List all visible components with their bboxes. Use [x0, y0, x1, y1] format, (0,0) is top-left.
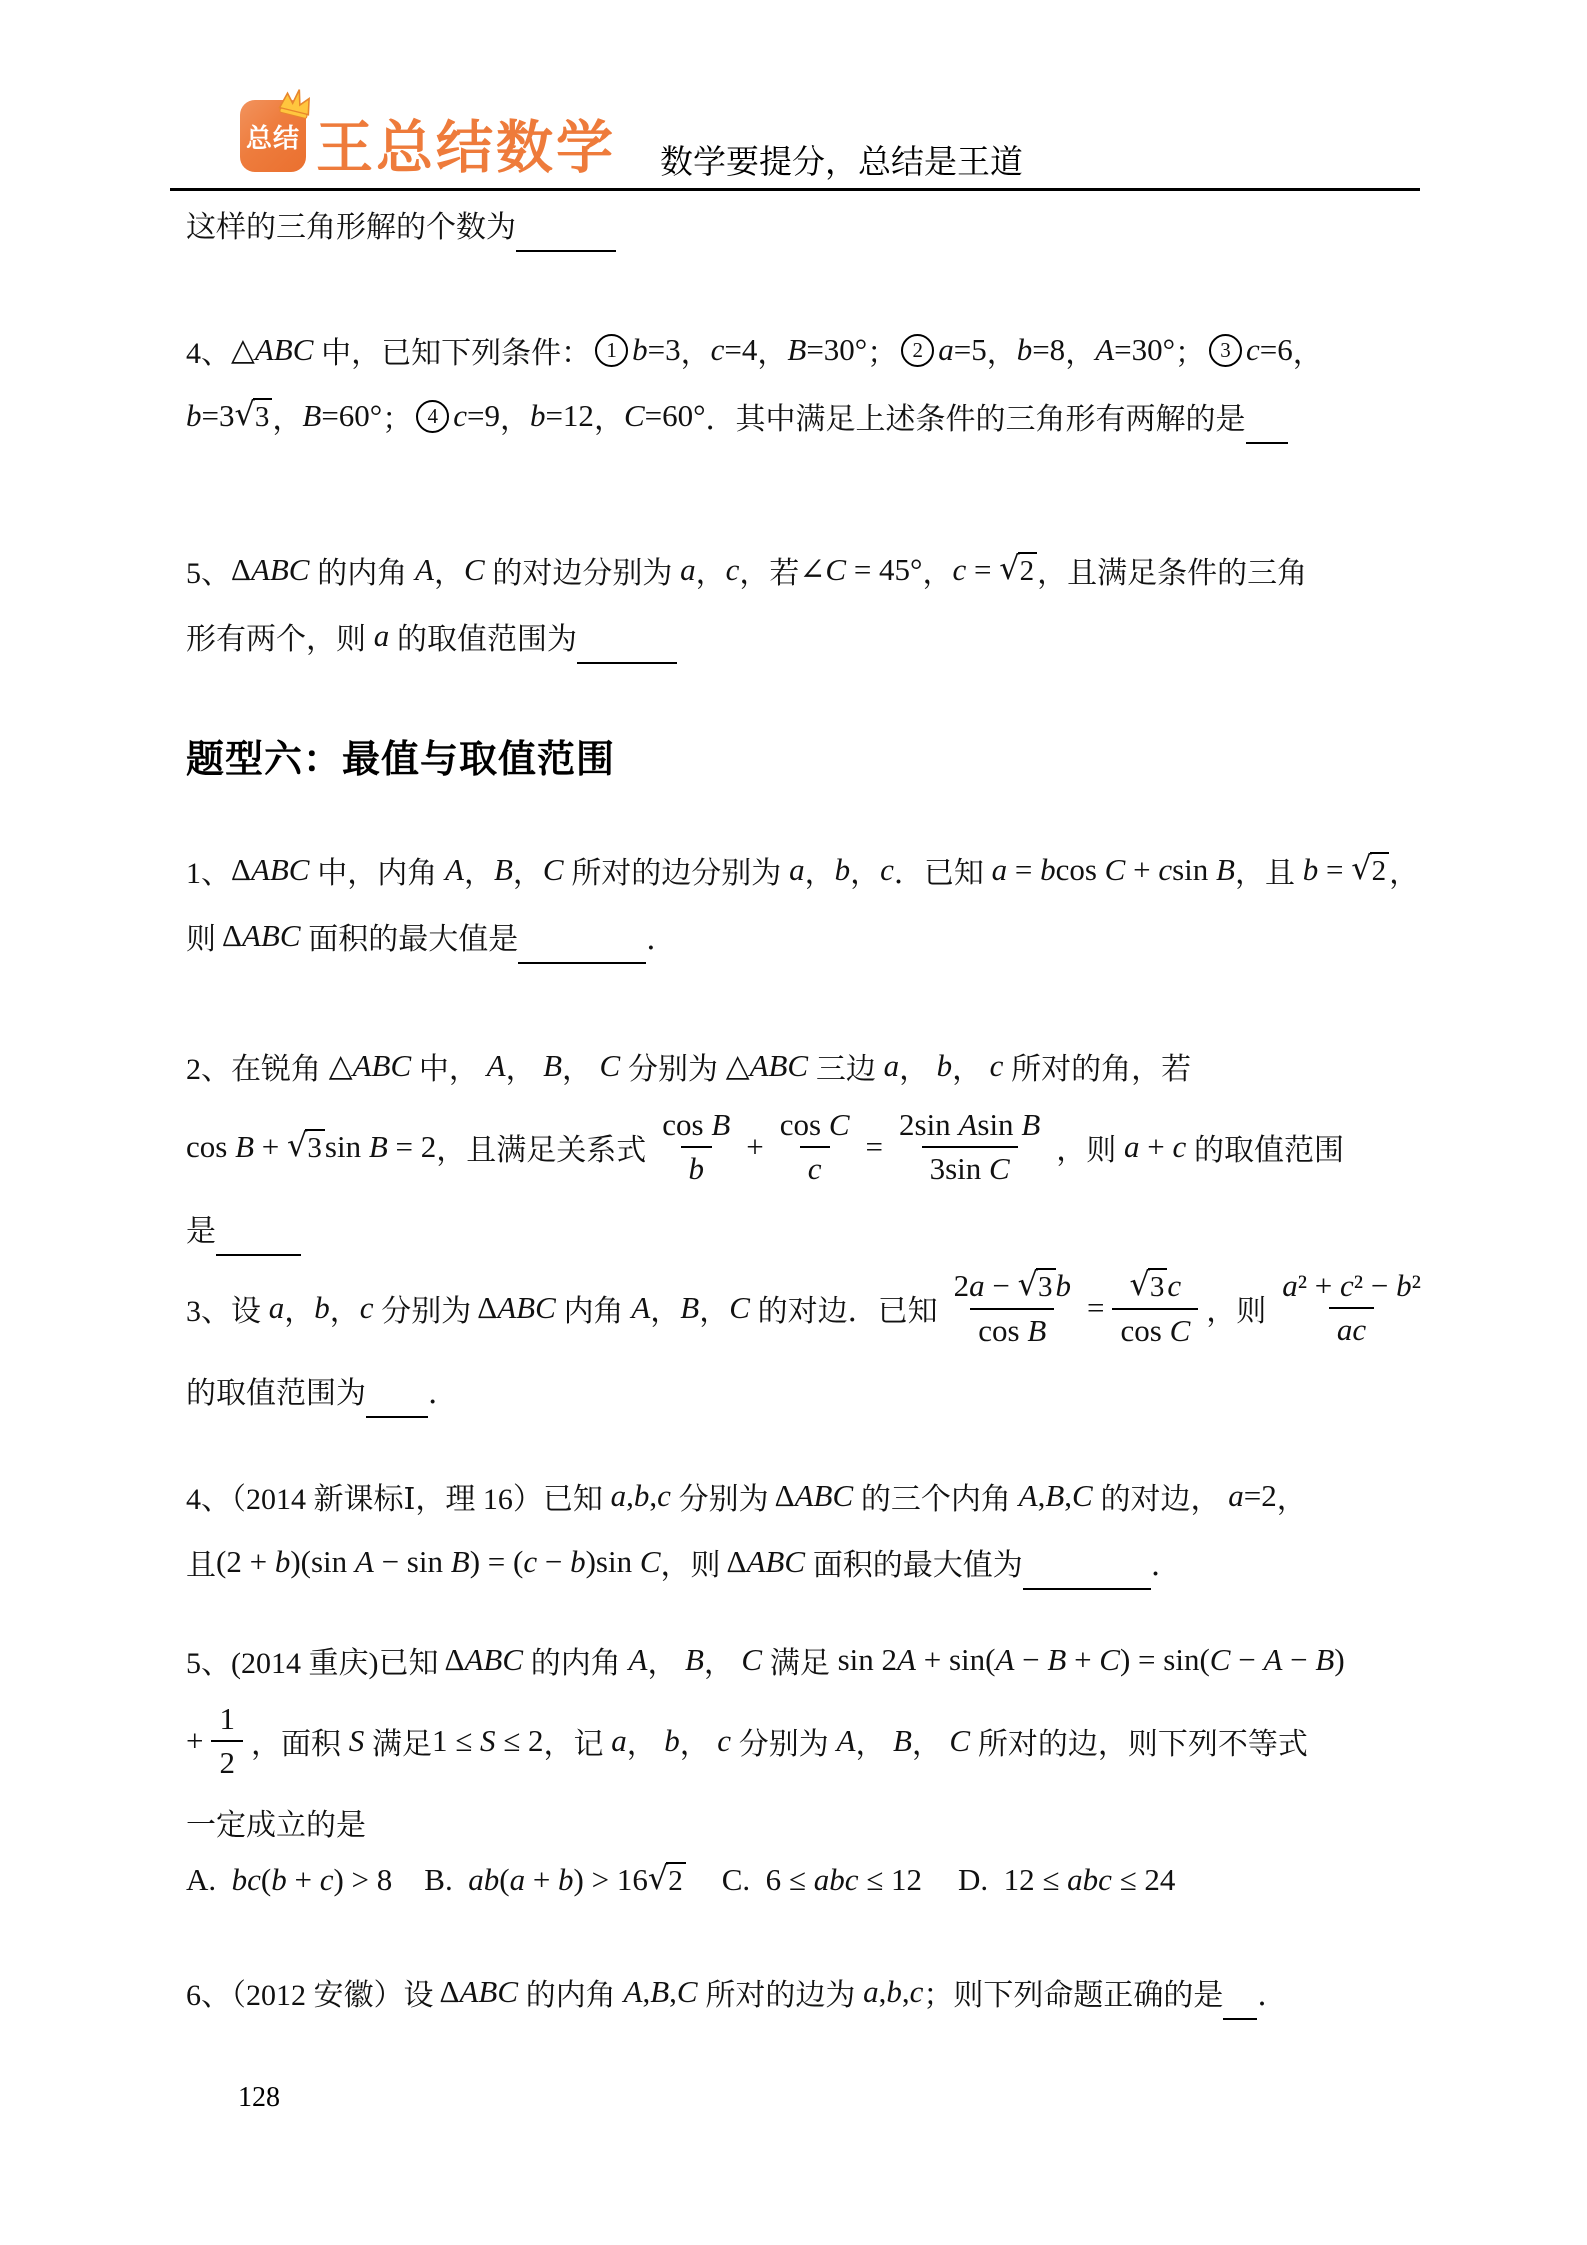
- text-line: A. bc(b + c) > 8B. ab(a + b) > 16√2C. 6 …: [186, 1856, 1456, 1904]
- section6-problem-5: 5、(2014 重庆)已知 ΔABC 的内角 A， B， C 满足 sin 2A…: [186, 1636, 1456, 1864]
- text-run: 的三个内角: [861, 1474, 1011, 1518]
- math-run: C: [543, 852, 571, 888]
- text-run: 的取值范围: [1194, 1125, 1344, 1169]
- text-run: ，: [650, 1286, 680, 1330]
- fraction: cos Cc: [772, 1108, 858, 1186]
- text-run: ，则: [661, 1540, 721, 1584]
- circled-number: 1: [595, 334, 628, 367]
- text-run: ，: [952, 1044, 990, 1088]
- math-run: 2: [219, 1746, 235, 1780]
- text-line: 则 ΔABC 面积的最大值是．: [186, 912, 1456, 960]
- math-run: a: [604, 1723, 627, 1759]
- text-run: ，且: [1235, 848, 1295, 892]
- math-run: B. ab(a + b) > 16: [424, 1862, 648, 1898]
- radical-sign: √: [1351, 852, 1371, 886]
- text-run: ，: [647, 1638, 685, 1682]
- sqrt-expression: √3: [287, 1129, 325, 1165]
- fraction: 12: [211, 1702, 243, 1780]
- header-divider: [170, 188, 1420, 191]
- section6-problem-3: 3、设 a，b，c 分别为 ΔABC 内角 A，B，C 的对边．已知2a − √…: [186, 1268, 1456, 1432]
- sqrt-expression: √3: [1018, 1268, 1056, 1304]
- text-run: ．: [1151, 1540, 1181, 1584]
- fraction: 2sin Asin B3sin C: [891, 1108, 1048, 1186]
- math-run: a² + c² − b²: [1282, 1269, 1421, 1303]
- text-run: ，: [757, 328, 787, 372]
- math-run: B: [543, 1048, 562, 1084]
- math-run: 1: [219, 1702, 235, 1736]
- text-run: 的内角: [531, 1638, 621, 1682]
- radical-sign: √: [648, 1862, 668, 1896]
- text-run: ，面积: [251, 1719, 341, 1763]
- answer-blank: [366, 1380, 428, 1418]
- math-run: ΔABC: [721, 1544, 813, 1580]
- math-run: △ABC: [321, 1048, 419, 1084]
- math-run: A,B,C: [1011, 1478, 1101, 1514]
- math-run: c=4: [711, 332, 758, 368]
- brand-logo-text: 总结: [246, 118, 300, 155]
- text-run: 所对的边分别为: [571, 848, 781, 892]
- circled-number: 3: [1209, 334, 1242, 367]
- problem-4-text: 4、△ABC 中，已知下列条件：1b=3，c=4，B=30°；2a=5，b=8，…: [186, 326, 1456, 458]
- math-run: cos B: [978, 1314, 1046, 1348]
- text-run: ，: [434, 548, 464, 592]
- answer-blank: [1223, 1982, 1257, 2020]
- text-run: 分别为: [679, 1474, 769, 1518]
- text-line: cos B + √3sin B = 2，且满足关系式cos Bb+cos Cc=…: [186, 1108, 1456, 1186]
- math-run: S: [341, 1723, 372, 1759]
- text-run: ，: [1293, 328, 1323, 372]
- sqrt-expression: √2: [1351, 852, 1389, 888]
- math-run: ΔABC: [471, 1290, 563, 1326]
- section6-problem-2: 2、在锐角 △ABC 中， A， B， C 分别为 △ABC 三边 a， b， …: [186, 1042, 1456, 1270]
- text-run: ，: [912, 1719, 950, 1763]
- math-run: D. 12 ≤ abc ≤ 24: [958, 1862, 1175, 1898]
- text-run: ．其中满足上述条件的三角形有两解的是: [706, 394, 1246, 438]
- text-line: 5、ΔABC 的内角 A，C 的对边分别为 a，c，若∠C = 45°，c = …: [186, 546, 1456, 594]
- math-run: c: [360, 1290, 382, 1326]
- math-run: C: [729, 1290, 757, 1326]
- section6-problem-4: 4、（2014 新课标Ⅰ，理 16）已知 a,b,c 分别为 ΔABC 的三个内…: [186, 1472, 1456, 1604]
- text-run: ，: [506, 1044, 544, 1088]
- math-run: a=5: [938, 332, 986, 368]
- math-run: A=30°: [1095, 332, 1175, 368]
- math-run: +: [186, 1723, 203, 1759]
- math-run: a,b,c: [603, 1478, 679, 1514]
- text-run: 所对的角，若: [1011, 1044, 1191, 1088]
- radical-sign: √: [1130, 1268, 1150, 1302]
- answer-blank: [1246, 406, 1288, 444]
- text-run: 中，内角: [317, 848, 437, 892]
- text-run: ，记: [544, 1719, 604, 1763]
- math-run: (2 + b)(sin A − sin B) = (c − b)sin C: [216, 1544, 661, 1580]
- math-run: 2a −: [954, 1269, 1018, 1303]
- text-run: ，: [1277, 1474, 1307, 1518]
- text-run: ；则下列命题正确的是: [923, 1970, 1223, 2014]
- text-line: 且(2 + b)(sin A − sin B) = (c − b)sin C，则…: [186, 1538, 1456, 1586]
- math-run: c=6: [1246, 332, 1293, 368]
- section-heading: 题型六：最值与取值范围: [186, 728, 615, 783]
- math-run: A. bc(b + c) > 8: [186, 1862, 392, 1898]
- text-run: 分别为: [381, 1286, 471, 1330]
- slogan: 数学要提分，总结是王道: [660, 136, 1023, 183]
- sqrt-expression: √2: [999, 552, 1037, 588]
- text-run: 这样的三角形解的个数为: [186, 202, 516, 246]
- answer-blank: [216, 1218, 301, 1256]
- math-run: ΔABC: [769, 1478, 861, 1514]
- text-run: ．: [646, 914, 676, 958]
- math-run: ΔABC: [216, 918, 308, 954]
- math-run: b=3: [186, 398, 234, 434]
- text-run: ．: [1257, 1970, 1287, 2014]
- text-run: 的内角: [317, 548, 407, 592]
- text-run: ，: [562, 1044, 600, 1088]
- text-run: 所对的边为: [705, 1970, 855, 2014]
- math-run: A: [624, 1290, 651, 1326]
- text-line: 的取值范围为．: [186, 1366, 1456, 1414]
- math-run: cos B +: [186, 1129, 287, 1165]
- fraction: cos Bb: [654, 1108, 738, 1186]
- text-run: 形有两个，则: [186, 614, 366, 658]
- text-run: ，: [681, 328, 711, 372]
- circled-number: 2: [901, 334, 934, 367]
- sqrt-expression: √3: [1130, 1268, 1168, 1304]
- math-run: c =: [952, 552, 999, 588]
- text-run: ，且满足条件的三角: [1037, 548, 1307, 592]
- math-run: b: [937, 1048, 953, 1084]
- math-run: cos B: [662, 1108, 730, 1142]
- sqrt-expression: √2: [648, 1862, 686, 1898]
- text-run: ，: [680, 1719, 718, 1763]
- math-run: 3sin C: [930, 1152, 1010, 1186]
- math-run: a: [366, 618, 397, 654]
- math-run: A: [829, 1723, 856, 1759]
- text-run: ．已知: [894, 848, 984, 892]
- text-line: 5、(2014 重庆)已知 ΔABC 的内角 A， B， C 满足 sin 2A…: [186, 1636, 1456, 1684]
- text-line: 4、△ABC 中，已知下列条件：1b=3，c=4，B=30°；2a=5，b=8，…: [186, 326, 1456, 374]
- problem-5-text: 5、ΔABC 的内角 A，C 的对边分别为 a，c，若∠C = 45°，c = …: [186, 546, 1456, 678]
- math-run: b: [314, 1290, 330, 1326]
- text-run: 面积的最大值为: [813, 1540, 1023, 1584]
- text-run: 分别为: [739, 1719, 829, 1763]
- paragraph-intro: 这样的三角形解的个数为: [186, 200, 1456, 266]
- math-run: a,b,c: [855, 1974, 923, 2010]
- math-run: C: [949, 1723, 977, 1759]
- math-run: A: [437, 852, 464, 888]
- text-run: ，: [855, 1719, 893, 1763]
- text-run: 内角: [564, 1286, 624, 1330]
- math-run: cos C: [780, 1108, 850, 1142]
- text-run: 满足: [770, 1638, 830, 1682]
- text-run: ，则: [1056, 1125, 1116, 1169]
- text-run: ；: [867, 328, 897, 372]
- radical-sign: √: [234, 398, 254, 432]
- math-run: C: [741, 1642, 769, 1678]
- math-run: b=3: [632, 332, 680, 368]
- math-run: a: [261, 1290, 284, 1326]
- text-run: 三边: [816, 1044, 876, 1088]
- document-page: 总结 王总结数学 数学要提分，总结是王道 这样的三角形解的个数为 4、△ABC …: [0, 0, 1587, 2245]
- text-run: ，: [500, 394, 530, 438]
- text-run: ，: [627, 1719, 665, 1763]
- text-run: ，: [850, 848, 880, 892]
- math-run: B: [494, 852, 513, 888]
- math-run: =: [1087, 1290, 1104, 1326]
- math-run: c: [1167, 1269, 1181, 1303]
- section6-problem-1: 1、ΔABC 中，内角 A，B，C 所对的边分别为 a，b，c．已知 a = b…: [186, 846, 1456, 978]
- math-run: cos C: [1120, 1314, 1190, 1348]
- circled-number: 4: [416, 400, 449, 433]
- sqrt-expression: √3: [234, 398, 272, 434]
- text-run: ，: [696, 548, 726, 592]
- text-run: 是: [186, 1206, 216, 1250]
- math-run: A,B,C: [616, 1974, 706, 2010]
- text-run: ．: [428, 1368, 458, 1412]
- text-run: ，: [699, 1286, 729, 1330]
- text-line: 1、ΔABC 中，内角 A，B，C 所对的边分别为 a，b，c．已知 a = b…: [186, 846, 1456, 894]
- answer-blank: [516, 214, 616, 252]
- math-run: a: [672, 552, 695, 588]
- math-run: ΔABC: [231, 552, 317, 588]
- text-run: 5、: [186, 548, 231, 592]
- text-run: 1、: [186, 848, 231, 892]
- text-run: 4、: [186, 328, 231, 372]
- math-run: B: [685, 1642, 704, 1678]
- text-run: ，: [272, 394, 302, 438]
- text-run: ，: [899, 1044, 937, 1088]
- problem-5-choices: A. bc(b + c) > 8B. ab(a + b) > 16√2C. 6 …: [186, 1856, 1456, 1922]
- math-run: sin 2A + sin(A − B + C) = sin(C − A − B): [830, 1642, 1345, 1678]
- math-run: △ABC: [231, 332, 321, 368]
- fraction: a² + c² − b²ac: [1274, 1269, 1429, 1347]
- text-run: 且: [186, 1540, 216, 1584]
- math-run: C: [464, 552, 492, 588]
- math-run: ac: [1337, 1313, 1366, 1347]
- math-run: a: [876, 1048, 899, 1084]
- text-run: 的取值范围为: [397, 614, 577, 658]
- text-run: ，则: [1206, 1286, 1266, 1330]
- text-run: 的内角: [526, 1970, 616, 2014]
- math-run: 1 ≤ S ≤ 2: [432, 1723, 544, 1759]
- text-run: 满足: [372, 1719, 432, 1763]
- math-run: c: [726, 552, 740, 588]
- math-run: c: [880, 852, 894, 888]
- brand-title: 王总结数学: [316, 102, 616, 184]
- text-run: ，: [513, 848, 543, 892]
- text-line: 3、设 a，b，c 分别为 ΔABC 内角 A，B，C 的对边．已知2a − √…: [186, 1268, 1456, 1348]
- text-line: 是: [186, 1204, 1456, 1252]
- text-run: 的对边，: [1100, 1474, 1220, 1518]
- math-run: b=8: [1017, 332, 1065, 368]
- text-run: ，: [922, 548, 952, 592]
- text-run: ；: [1175, 328, 1205, 372]
- text-run: ，且满足关系式: [436, 1125, 646, 1169]
- math-run: a = bcos C + csin B: [984, 852, 1235, 888]
- text-run: 的对边．已知: [758, 1286, 938, 1330]
- math-run: b: [664, 1723, 680, 1759]
- text-run: ，: [987, 328, 1017, 372]
- text-run: ，: [1065, 328, 1095, 372]
- math-run: c: [808, 1152, 822, 1186]
- text-line: 一定成立的是: [186, 1798, 1456, 1846]
- text-run: ，: [284, 1286, 314, 1330]
- math-run: A: [407, 552, 434, 588]
- math-run: a + c: [1116, 1129, 1194, 1165]
- text-run: ，若: [739, 548, 799, 592]
- math-run: A: [621, 1642, 648, 1678]
- text-run: ，: [330, 1286, 360, 1330]
- math-run: b=12: [530, 398, 594, 434]
- text-run: 5、(2014 重庆)已知: [186, 1638, 438, 1682]
- text-run: 3、设: [186, 1286, 261, 1330]
- text-run: 中，已知下列条件：: [321, 328, 591, 372]
- text-run: ；: [382, 394, 412, 438]
- math-run: c=9: [453, 398, 500, 434]
- answer-blank: [1023, 1552, 1151, 1590]
- text-run: 4、（2014 新课标Ⅰ，理 16）已知: [186, 1474, 603, 1518]
- math-run: b: [689, 1152, 705, 1186]
- math-run: B=60°: [302, 398, 382, 434]
- text-run: 一定成立的是: [186, 1800, 366, 1844]
- fraction: √3ccos C: [1112, 1268, 1198, 1348]
- answer-blank: [518, 926, 646, 964]
- text-run: 2、在锐角: [186, 1044, 321, 1088]
- math-run: sin B = 2: [325, 1129, 436, 1165]
- text-line: +12，面积 S 满足1 ≤ S ≤ 2，记 a， b， c 分别为 A， B，…: [186, 1702, 1456, 1780]
- math-run: B: [893, 1723, 912, 1759]
- math-run: b: [835, 852, 851, 888]
- math-run: a: [781, 852, 804, 888]
- text-run: 中，: [419, 1044, 479, 1088]
- math-run: a=2: [1220, 1478, 1276, 1514]
- math-run: ΔABC: [231, 852, 317, 888]
- radical-sign: √: [287, 1129, 307, 1163]
- text-run: 所对的边，则下列不等式: [978, 1719, 1308, 1763]
- page-number: 128: [238, 2082, 280, 2114]
- math-run: b: [1056, 1269, 1072, 1303]
- text-run: 分别为: [628, 1044, 718, 1088]
- math-run: C: [600, 1048, 628, 1084]
- math-run: =: [866, 1129, 883, 1165]
- math-run: B: [680, 1290, 699, 1326]
- text-run: ，: [805, 848, 835, 892]
- text-line: 4、（2014 新课标Ⅰ，理 16）已知 a,b,c 分别为 ΔABC 的三个内…: [186, 1472, 1456, 1520]
- text-line: 这样的三角形解的个数为: [186, 200, 1456, 248]
- math-run: C=60°: [624, 398, 706, 434]
- section6-problem-6: 6、（2012 安徽）设 ΔABC 的内角 A,B,C 所对的边为 a,b,c；…: [186, 1968, 1456, 2034]
- math-run: B=30°: [787, 332, 867, 368]
- math-run: ΔABC: [438, 1642, 530, 1678]
- text-run: ，: [464, 848, 494, 892]
- math-run: A: [479, 1048, 506, 1084]
- math-run: 2sin Asin B: [899, 1108, 1040, 1142]
- math-run: c: [717, 1723, 739, 1759]
- radical-sign: √: [1018, 1268, 1038, 1302]
- text-line: 2、在锐角 △ABC 中， A， B， C 分别为 △ABC 三边 a， b， …: [186, 1042, 1456, 1090]
- math-run: c: [990, 1048, 1012, 1084]
- text-run: ，: [1389, 848, 1419, 892]
- radical-sign: √: [999, 552, 1019, 586]
- text-line: b=3√3，B=60°；4c=9，b=12，C=60°．其中满足上述条件的三角形…: [186, 392, 1456, 440]
- text-run: 的取值范围为: [186, 1368, 366, 1412]
- fraction: 2a − √3bcos B: [946, 1268, 1079, 1348]
- text-line: 6、（2012 安徽）设 ΔABC 的内角 A,B,C 所对的边为 a,b,c；…: [186, 1968, 1456, 2016]
- math-run: △ABC: [718, 1048, 816, 1084]
- text-run: 则: [186, 914, 216, 958]
- brand-logo: 总结: [240, 100, 306, 172]
- math-run: ΔABC: [434, 1974, 526, 2010]
- math-run: b =: [1295, 852, 1351, 888]
- answer-blank: [577, 626, 677, 664]
- text-run: 面积的最大值是: [308, 914, 518, 958]
- text-run: ，: [594, 394, 624, 438]
- math-run: ∠C = 45°: [799, 552, 922, 588]
- text-run: 6、（2012 安徽）设: [186, 1970, 434, 2014]
- text-line: 形有两个，则 a 的取值范围为: [186, 612, 1456, 660]
- text-run: ，: [704, 1638, 742, 1682]
- math-run: +: [746, 1129, 763, 1165]
- text-run: 的对边分别为: [492, 548, 672, 592]
- math-run: C. 6 ≤ abc ≤ 12: [722, 1862, 922, 1898]
